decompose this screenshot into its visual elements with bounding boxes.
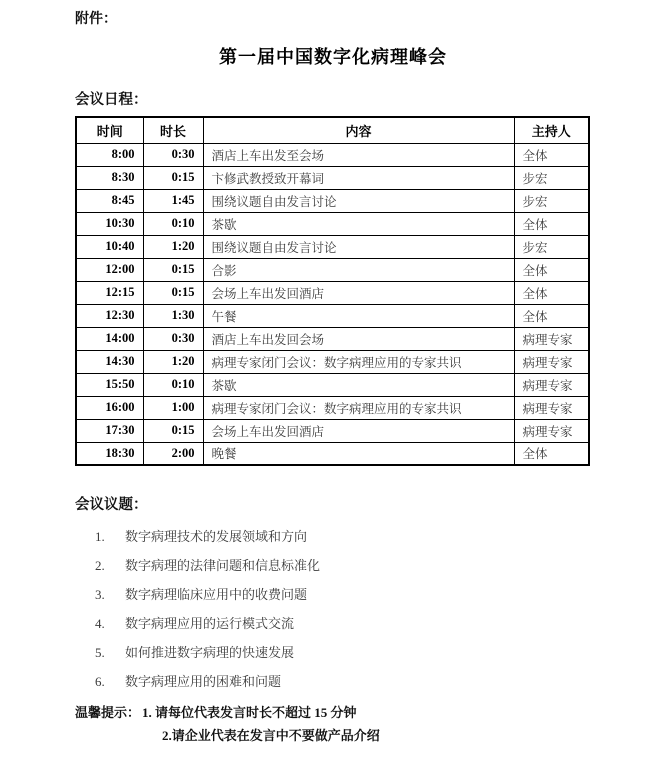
tips-label: 温馨提示： [75, 701, 140, 724]
table-row: 14:000:30酒店上车出发回会场病理专家 [76, 327, 589, 350]
time-cell: 15:50 [76, 373, 143, 396]
topic-item: 2.数字病理的法律问题和信息标准化 [95, 556, 591, 575]
column-header-0: 时间 [76, 117, 143, 143]
host-cell: 病理专家 [514, 350, 589, 373]
topic-text: 数字病理应用的困难和问题 [125, 672, 281, 691]
duration-cell: 0:15 [143, 258, 203, 281]
table-row: 18:302:00晚餐全体 [76, 442, 589, 465]
topic-text: 数字病理临床应用中的收费问题 [125, 585, 307, 604]
topic-text: 数字病理应用的运行模式交流 [125, 614, 294, 633]
host-cell: 全体 [514, 212, 589, 235]
topic-number: 3. [95, 585, 125, 604]
topics-list: 1.数字病理技术的发展领域和方向2.数字病理的法律问题和信息标准化3.数字病理临… [75, 527, 591, 691]
host-cell: 病理专家 [514, 396, 589, 419]
document-page: 附件： 第一届中国数字化病理峰会 会议日程： 时间时长内容主持人 8:000:3… [0, 0, 670, 768]
schedule-heading: 会议日程： [75, 88, 591, 109]
host-cell: 病理专家 [514, 327, 589, 350]
content-cell: 围绕议题自由发言讨论 [203, 235, 514, 258]
topic-number: 1. [95, 527, 125, 546]
time-cell: 8:30 [76, 166, 143, 189]
host-cell: 全体 [514, 304, 589, 327]
content-cell: 茶歇 [203, 373, 514, 396]
column-header-1: 时长 [143, 117, 203, 143]
time-cell: 8:45 [76, 189, 143, 212]
topic-number: 5. [95, 643, 125, 662]
table-row: 8:451:45围绕议题自由发言讨论步宏 [76, 189, 589, 212]
content-cell: 晚餐 [203, 442, 514, 465]
table-row: 17:300:15会场上车出发回酒店病理专家 [76, 419, 589, 442]
content-cell: 卞修武教授致开幕词 [203, 166, 514, 189]
table-row: 14:301:20病理专家闭门会议：数字病理应用的专家共识病理专家 [76, 350, 589, 373]
attachment-label: 附件： [75, 8, 591, 28]
schedule-table: 时间时长内容主持人 8:000:30酒店上车出发至会场全体8:300:15卞修武… [75, 116, 590, 466]
host-cell: 步宏 [514, 189, 589, 212]
topics-heading: 会议议题： [75, 493, 591, 514]
duration-cell: 0:15 [143, 281, 203, 304]
time-cell: 12:15 [76, 281, 143, 304]
host-cell: 全体 [514, 258, 589, 281]
topic-item: 1.数字病理技术的发展领域和方向 [95, 527, 591, 546]
time-cell: 8:00 [76, 143, 143, 166]
duration-cell: 1:20 [143, 235, 203, 258]
content-cell: 酒店上车出发回会场 [203, 327, 514, 350]
tip-row-1: 温馨提示： 1. 请每位代表发言时长不超过 15 分钟 [75, 701, 591, 724]
time-cell: 18:30 [76, 442, 143, 465]
table-row: 10:300:10茶歇全体 [76, 212, 589, 235]
duration-cell: 2:00 [143, 442, 203, 465]
host-cell: 步宏 [514, 166, 589, 189]
host-cell: 病理专家 [514, 373, 589, 396]
time-cell: 10:40 [76, 235, 143, 258]
duration-cell: 1:45 [143, 189, 203, 212]
topic-number: 2. [95, 556, 125, 575]
topic-number: 6. [95, 672, 125, 691]
table-row: 8:300:15卞修武教授致开幕词步宏 [76, 166, 589, 189]
table-row: 12:301:30午餐全体 [76, 304, 589, 327]
tip-line-2: 2.请企业代表在发言中不要做产品介绍 [162, 724, 380, 747]
time-cell: 16:00 [76, 396, 143, 419]
content-cell: 围绕议题自由发言讨论 [203, 189, 514, 212]
topic-number: 4. [95, 614, 125, 633]
column-header-3: 主持人 [514, 117, 589, 143]
duration-cell: 1:20 [143, 350, 203, 373]
duration-cell: 0:10 [143, 212, 203, 235]
content-cell: 合影 [203, 258, 514, 281]
table-row: 12:150:15会场上车出发回酒店全体 [76, 281, 589, 304]
duration-cell: 1:30 [143, 304, 203, 327]
time-cell: 14:00 [76, 327, 143, 350]
host-cell: 全体 [514, 281, 589, 304]
time-cell: 12:30 [76, 304, 143, 327]
tip-row-2: 2.请企业代表在发言中不要做产品介绍 [75, 724, 591, 747]
tip-line-1: 1. 请每位代表发言时长不超过 15 分钟 [142, 701, 357, 724]
topic-item: 3.数字病理临床应用中的收费问题 [95, 585, 591, 604]
table-row: 12:000:15合影全体 [76, 258, 589, 281]
content-cell: 茶歇 [203, 212, 514, 235]
page-title: 第一届中国数字化病理峰会 [75, 43, 591, 69]
table-row: 15:500:10茶歇病理专家 [76, 373, 589, 396]
host-cell: 病理专家 [514, 419, 589, 442]
host-cell: 全体 [514, 143, 589, 166]
table-header-row: 时间时长内容主持人 [76, 117, 589, 143]
topic-text: 如何推进数字病理的快速发展 [125, 643, 294, 662]
tips-section: 温馨提示： 1. 请每位代表发言时长不超过 15 分钟 2.请企业代表在发言中不… [75, 701, 591, 747]
content-cell: 病理专家闭门会议：数字病理应用的专家共识 [203, 350, 514, 373]
time-cell: 12:00 [76, 258, 143, 281]
topic-item: 6.数字病理应用的困难和问题 [95, 672, 591, 691]
time-cell: 14:30 [76, 350, 143, 373]
column-header-2: 内容 [203, 117, 514, 143]
content-cell: 病理专家闭门会议：数字病理应用的专家共识 [203, 396, 514, 419]
table-row: 16:001:00病理专家闭门会议：数字病理应用的专家共识病理专家 [76, 396, 589, 419]
table-row: 8:000:30酒店上车出发至会场全体 [76, 143, 589, 166]
topic-item: 5.如何推进数字病理的快速发展 [95, 643, 591, 662]
table-row: 10:401:20围绕议题自由发言讨论步宏 [76, 235, 589, 258]
time-cell: 17:30 [76, 419, 143, 442]
host-cell: 步宏 [514, 235, 589, 258]
duration-cell: 0:30 [143, 143, 203, 166]
duration-cell: 0:15 [143, 419, 203, 442]
duration-cell: 0:30 [143, 327, 203, 350]
topic-item: 4.数字病理应用的运行模式交流 [95, 614, 591, 633]
content-cell: 午餐 [203, 304, 514, 327]
content-cell: 会场上车出发回酒店 [203, 281, 514, 304]
duration-cell: 0:15 [143, 166, 203, 189]
topic-text: 数字病理技术的发展领域和方向 [125, 527, 307, 546]
host-cell: 全体 [514, 442, 589, 465]
time-cell: 10:30 [76, 212, 143, 235]
content-cell: 会场上车出发回酒店 [203, 419, 514, 442]
content-cell: 酒店上车出发至会场 [203, 143, 514, 166]
topic-text: 数字病理的法律问题和信息标准化 [125, 556, 320, 575]
duration-cell: 0:10 [143, 373, 203, 396]
duration-cell: 1:00 [143, 396, 203, 419]
